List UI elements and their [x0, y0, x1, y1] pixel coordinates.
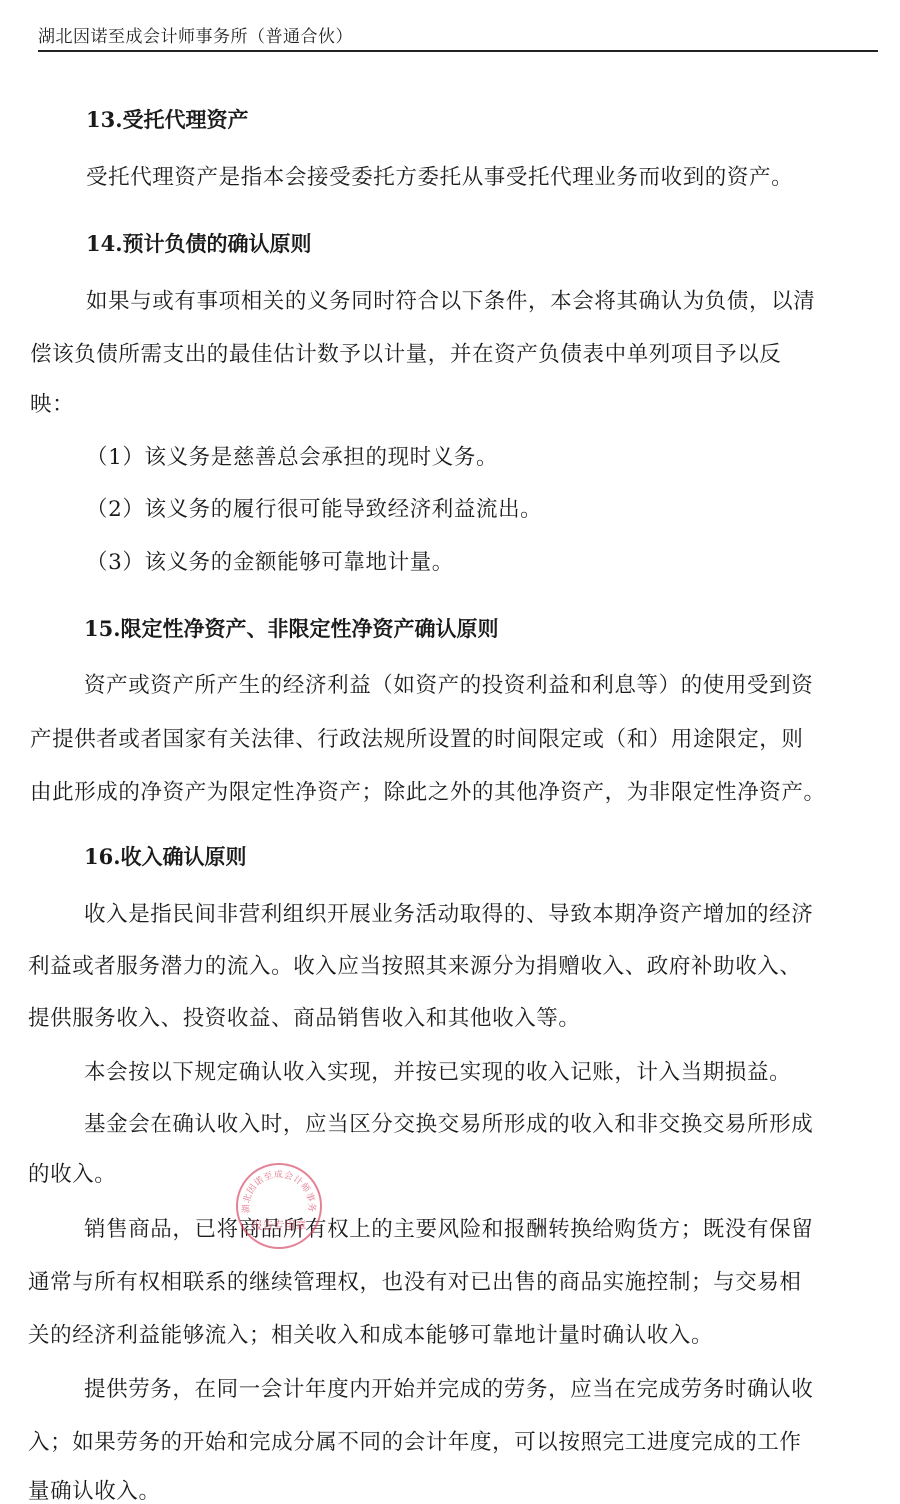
list-item-3: （3）该义务的金额能够可靠地计量。	[86, 545, 454, 576]
paragraph-line: 产提供者或者国家有关法律、行政法规所设置的时间限定或（和）用途限定，则	[30, 722, 804, 753]
paragraph-line: 利益或者服务潜力的流入。收入应当按照其来源分为捐赠收入、政府补助收入、	[28, 949, 802, 980]
paragraph-line: 入；如果劳务的开始和完成分属不同的会计年度，可以按照完工进度完成的工作	[28, 1425, 802, 1456]
seal-ring-text-icon: 湖北因诺至成会计师事务所	[238, 1165, 320, 1247]
paragraph-line: 基金会在确认收入时，应当区分交换交易所形成的收入和非交换交易所形成	[84, 1107, 813, 1138]
section-heading-15: 15.限定性净资产、非限定性净资产确认原则	[84, 613, 499, 643]
paragraph-line: 资产或资产所产生的经济利益（如资产的投资利益和利息等）的使用受到资	[84, 668, 813, 699]
page-header: 湖北因诺至成会计师事务所（普通合伙）	[38, 18, 878, 52]
paragraph-line: 销售商品，已将商品所有权上的主要风险和报酬转换给购货方；既没有保留	[84, 1212, 813, 1243]
paragraph-line: 提供劳务，在同一会计年度内开始并完成的劳务，应当在完成劳务时确认收	[84, 1372, 813, 1403]
list-item-2: （2）该义务的履行很可能导致经济利益流出。	[86, 492, 542, 523]
firm-name: 湖北因诺至成会计师事务所（普通合伙）	[38, 22, 353, 47]
paragraph-line: 量确认收入。	[28, 1474, 161, 1504]
paragraph-line: 如果与或有事项相关的义务同时符合以下条件，本会将其确认为负债，以清	[86, 284, 815, 315]
svg-text:湖北因诺至成会计师事务所: 湖北因诺至成会计师事务所	[238, 1165, 318, 1213]
paragraph-line: 受托代理资产是指本会接受委托方委托从事受托代理业务而收到的资产。	[86, 160, 793, 191]
paragraph-line: 映：	[30, 387, 74, 418]
paragraph-line: 的收入。	[28, 1157, 116, 1188]
official-seal-stamp: 湖北因诺至成会计师事务所 报告专用章	[236, 1163, 322, 1249]
paragraph-line: 由此形成的净资产为限定性净资产；除此之外的其他净资产，为非限定性净资产。	[30, 775, 826, 806]
seal-center-text: 报告专用章	[238, 1217, 320, 1233]
paragraph-line: 收入是指民间非营利组织开展业务活动取得的、导致本期净资产增加的经济	[84, 897, 813, 928]
paragraph-line: 偿该负债所需支出的最佳估计数予以计量，并在资产负债表中单列项目予以反	[30, 337, 781, 368]
section-heading-14: 14.预计负债的确认原则	[86, 228, 312, 258]
paragraph-line: 提供服务收入、投资收益、商品销售收入和其他收入等。	[28, 1001, 581, 1032]
paragraph-line: 通常与所有权相联系的继续管理权，也没有对已出售的商品实施控制；与交易相	[28, 1265, 802, 1296]
list-item-1: （1）该义务是慈善总会承担的现时义务。	[86, 440, 498, 471]
section-heading-16: 16.收入确认原则	[84, 841, 247, 871]
section-heading-13: 13.受托代理资产	[86, 104, 249, 134]
paragraph-line: 关的经济利益能够流入；相关收入和成本能够可靠地计量时确认收入。	[28, 1318, 713, 1349]
paragraph-line: 本会按以下规定确认收入实现，并按已实现的收入记账，计入当期损益。	[84, 1055, 791, 1086]
